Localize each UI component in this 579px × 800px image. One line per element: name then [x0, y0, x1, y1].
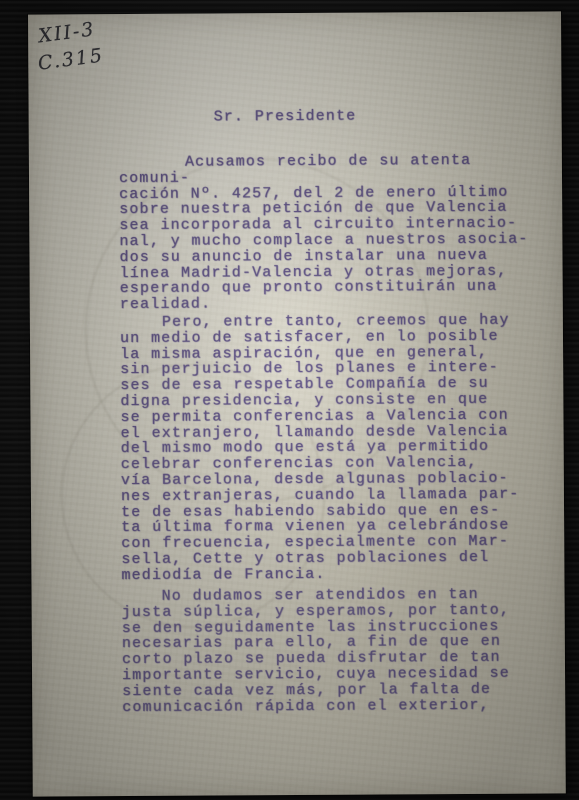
paragraph-3: No dudamos ser atendidos en tan justa sú…: [122, 587, 539, 716]
letter-page: XII-3 C.315 Sr. Presidente Acusamos reci…: [28, 11, 566, 796]
scanned-document-background: XII-3 C.315 Sr. Presidente Acusamos reci…: [0, 0, 579, 800]
paragraph-2: Pero, entre tanto, creemos que hay un me…: [120, 313, 538, 584]
paragraph-1: Acusamos recibo de su atenta comuni- cac…: [119, 153, 536, 314]
salutation: Sr. Presidente: [214, 109, 357, 126]
archival-reference-note: XII-3 C.315: [37, 16, 106, 78]
